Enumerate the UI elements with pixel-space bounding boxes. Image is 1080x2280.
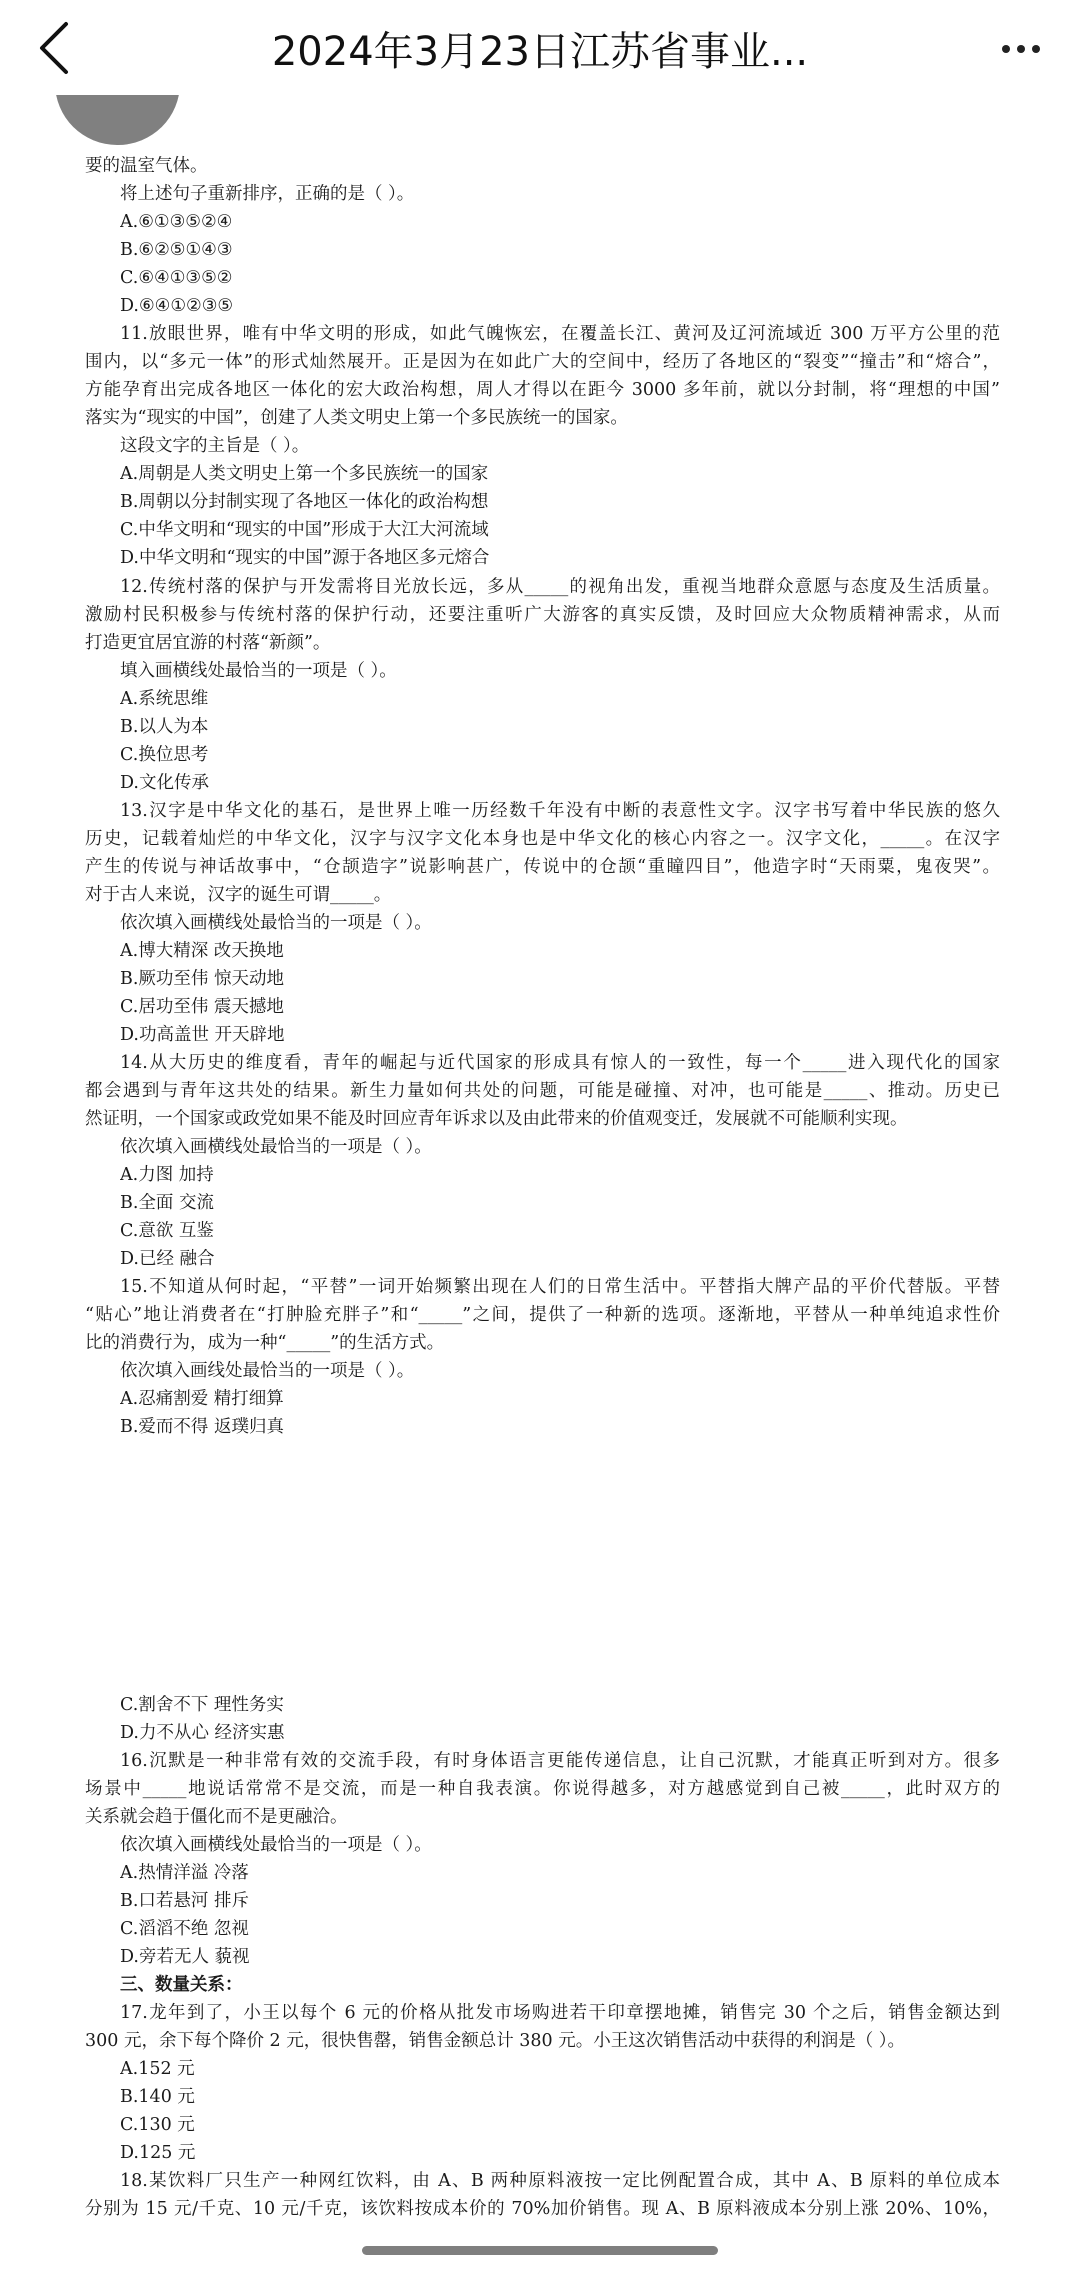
document-text-line: “贴心”地让消费者在“打肿脸充胖子”和“_____”之间，提供了一种新的选项。逐… bbox=[85, 1301, 1000, 1329]
document-text-line: 16.沉默是一种非常有效的交流手段，有时身体语言更能传递信息，让自己沉默，才能真… bbox=[120, 1747, 1000, 1775]
document-text-line: B.140 元 bbox=[120, 2083, 1000, 2111]
document-text-line: 方能孕育出完成各地区一体化的宏大政治构想，周人才得以在距今 3000 多年前，就… bbox=[85, 376, 1000, 404]
document-text-line: 然证明，一个国家或政党如果不能及时回应青年诉求以及由此带来的价值观变迁，发展就不… bbox=[85, 1105, 1000, 1133]
document-text-line: B.全面 交流 bbox=[120, 1189, 1000, 1217]
document-text-line: 17.龙年到了，小王以每个 6 元的价格从批发市场购进若干印章摆地摊，销售完 3… bbox=[120, 1999, 1000, 2027]
document-text-line: 都会遇到与青年这共处的结果。新生力量如何共处的问题，可能是碰撞、对冲，也可能是_… bbox=[85, 1077, 1000, 1105]
document-text-line: D.已经 融合 bbox=[120, 1245, 1000, 1273]
document-text-line: A.忍痛割爱 精打细算 bbox=[120, 1385, 1000, 1413]
document-text-line: C.居功至伟 震天撼地 bbox=[120, 993, 1000, 1021]
document-text-line: B.⑥②⑤①④③ bbox=[120, 236, 1000, 264]
document-text-line: 12.传统村落的保护与开发需将目光放长远，多从_____的视角出发，重视当地群众… bbox=[120, 573, 1000, 601]
document-text-line: 打造更宜居宜游的村落“新颜”。 bbox=[85, 629, 1000, 657]
document-text-line: 依次填入画线处最恰当的一项是（ ）。 bbox=[120, 1357, 1000, 1385]
document-text-line: 落实为“现实的中国”，创建了人类文明史上第一个多民族统一的国家。 bbox=[85, 404, 1000, 432]
document-text-line: D.力不从心 经济实惠 bbox=[120, 1719, 1000, 1747]
document-text-line: D.文化传承 bbox=[120, 769, 1000, 797]
ellipsis-icon bbox=[1002, 45, 1010, 53]
document-text-line: 11.放眼世界，唯有中华文明的形成，如此气魄恢宏，在覆盖长江、黄河及辽河流域近 … bbox=[120, 320, 1000, 348]
document-text-line: 对于古人来说，汉字的诞生可谓_____。 bbox=[85, 881, 1000, 909]
document-text-line: 依次填入画横线处最恰当的一项是（ ）。 bbox=[120, 909, 1000, 937]
document-text-line: C.⑥④①③⑤② bbox=[120, 264, 1000, 292]
document-text-line: D.旁若无人 藐视 bbox=[120, 1943, 1000, 1971]
document-text-line: A.博大精深 改天换地 bbox=[120, 937, 1000, 965]
document-text-line: 激励村民积极参与传统村落的保护行动，还要注重听广大游客的真实反馈，及时回应大众物… bbox=[85, 601, 1000, 629]
document-text-line: 填入画横线处最恰当的一项是（ ）。 bbox=[120, 657, 1000, 685]
document-text-line: A.⑥①③⑤②④ bbox=[120, 208, 1000, 236]
more-options-button[interactable] bbox=[1002, 38, 1052, 52]
document-text-line: 分别为 15 元/千克、10 元/千克，该饮料按成本价的 70%加价销售。现 A… bbox=[85, 2195, 1000, 2223]
document-text-line: C.割舍不下 理性务实 bbox=[120, 1691, 1000, 1719]
document-text-line: 18.某饮料厂只生产一种网红饮料，由 A、B 两种原料液按一定比例配置合成，其中… bbox=[120, 2167, 1000, 2195]
document-text-line: 13.汉字是中华文化的基石，是世界上唯一历经数千年没有中断的表意性文字。汉字书写… bbox=[120, 797, 1000, 825]
document-text-line: 将上述句子重新排序，正确的是（ ）。 bbox=[120, 180, 1000, 208]
document-text-line: A.152 元 bbox=[120, 2055, 1000, 2083]
document-text-line: C.中华文明和“现实的中国”形成于大江大河流域 bbox=[120, 516, 1000, 544]
document-text-line: C.意欲 互鉴 bbox=[120, 1217, 1000, 1245]
document-text-line: C.130 元 bbox=[120, 2111, 1000, 2139]
document-text-line: 比的消费行为，成为一种“_____”的生活方式。 bbox=[85, 1329, 1000, 1357]
page-title: 2024年3月23日江苏省事业... bbox=[0, 20, 1080, 77]
document-text-line: A.热情洋溢 冷落 bbox=[120, 1859, 1000, 1887]
document-text-line: A.系统思维 bbox=[120, 685, 1000, 713]
document-text-line: 历史，记载着灿烂的中华文化，汉字与汉字文化本身也是中华文化的核心内容之一。汉字文… bbox=[85, 825, 1000, 853]
document-text-line: B.以人为本 bbox=[120, 713, 1000, 741]
document-text-line: 15.不知道从何时起，“平替”一词开始频繁出现在人们的日常生活中。平替指大牌产品… bbox=[120, 1273, 1000, 1301]
document-text-line: A.力图 加持 bbox=[120, 1161, 1000, 1189]
app-header: 2024年3月23日江苏省事业... bbox=[0, 0, 1080, 95]
document-text-line: 关系就会趋于僵化而不是更融洽。 bbox=[85, 1803, 1000, 1831]
home-indicator[interactable] bbox=[362, 2246, 718, 2255]
ellipsis-icon bbox=[1032, 45, 1040, 53]
document-text-line: D.功高盖世 开天辟地 bbox=[120, 1021, 1000, 1049]
document-text-line: B.口若悬河 排斥 bbox=[120, 1887, 1000, 1915]
document-text-line: 14.从大历史的维度看，青年的崛起与近代国家的形成具有惊人的一致性，每一个___… bbox=[120, 1049, 1000, 1077]
document-text-line: B.周朝以分封制实现了各地区一体化的政治构想 bbox=[120, 488, 1000, 516]
document-text-line: 围内，以“多元一体”的形式灿然展开。正是因为在如此广大的空间中，经历了各地区的“… bbox=[85, 348, 1000, 376]
ellipsis-icon bbox=[1017, 45, 1025, 53]
document-text-line: 场景中_____地说话常常不是交流，而是一种自我表演。你说得越多，对方越感觉到自… bbox=[85, 1775, 1000, 1803]
document-text-line: C.滔滔不绝 忽视 bbox=[120, 1915, 1000, 1943]
document-text-line: 依次填入画横线处最恰当的一项是（ ）。 bbox=[120, 1831, 1000, 1859]
document-text-line: D.中华文明和“现实的中国”源于各地区多元熔合 bbox=[120, 544, 1000, 572]
document-text-line: 产生的传说与神话故事中，“仓颉造字”说影响甚广，传说中的仓颉“重瞳四目”，他造字… bbox=[85, 853, 1000, 881]
document-text-line: B.厥功至伟 惊天动地 bbox=[120, 965, 1000, 993]
section-heading: 三、数量关系： bbox=[120, 1971, 1000, 1999]
document-text-line: A.周朝是人类文明史上第一个多民族统一的国家 bbox=[120, 460, 1000, 488]
document-text-line: 这段文字的主旨是（ ）。 bbox=[120, 432, 1000, 460]
document-text-line: 300 元，余下每个降价 2 元，很快售罄，销售金额总计 380 元。小王这次销… bbox=[85, 2027, 1000, 2055]
document-text-line: D.⑥④①②③⑤ bbox=[120, 292, 1000, 320]
document-text-line: 要的温室气体。 bbox=[85, 152, 1000, 180]
document-text-line: D.125 元 bbox=[120, 2139, 1000, 2167]
document-text-line: 依次填入画横线处最恰当的一项是（ ）。 bbox=[120, 1133, 1000, 1161]
document-text-line: B.爱而不得 返璞归真 bbox=[120, 1413, 1000, 1441]
document-text-line: C.换位思考 bbox=[120, 741, 1000, 769]
